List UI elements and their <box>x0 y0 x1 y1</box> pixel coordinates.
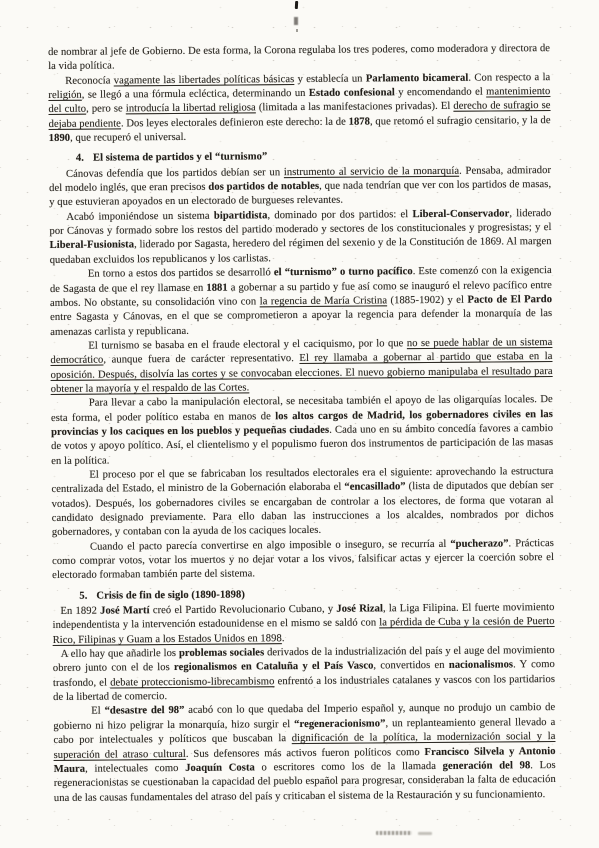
text-run: instrumento al servicio de la monarquía <box>284 165 459 177</box>
text-run: 1890 <box>49 133 70 144</box>
text-run: creó el Partido Revolucionario Cubano, y <box>150 604 337 616</box>
text-run: “encasillado” <box>344 481 405 492</box>
text-run: entre Sagasta y Cánovas, en el que se co… <box>50 308 552 337</box>
text-run: . <box>282 633 285 644</box>
text-run: José Rizal <box>336 603 383 614</box>
text-run: Reconocía <box>65 75 114 86</box>
text-run: El turnismo se basaba en el fraude elect… <box>88 338 407 352</box>
text-run: , que recuperó el universal. <box>70 132 186 144</box>
paragraph: En 1892 José Martí creó el Partido Revol… <box>52 601 554 648</box>
staple-mark <box>296 29 298 32</box>
text-run: la regencia de María Cristina <box>260 295 387 307</box>
text-run: (limitada a las manifestaciones privadas… <box>256 101 454 114</box>
text-run: dos partidos de notables <box>208 181 319 193</box>
text-run: , intelectuales como <box>85 763 185 775</box>
footer-smudge <box>418 832 432 835</box>
text-run: , que retomó el sufragio censitario, y l… <box>370 115 551 127</box>
text-run: . Sus defensores más activos fueron polí… <box>186 747 425 760</box>
text-run: . Con respecto a la <box>468 72 550 84</box>
text-run: José Martí <box>100 605 150 616</box>
document-text: de nombrar al jefe de Gobierno. De esta … <box>48 42 556 806</box>
paragraph: Cuando el pacto parecía convertirse en a… <box>52 537 554 584</box>
text-run: , convertidos en <box>373 660 449 672</box>
paragraph: de nombrar al jefe de Gobierno. De esta … <box>48 42 550 75</box>
text-run: (1885-1902) y el <box>387 295 467 307</box>
text-run: Liberal-Fusionista <box>50 240 135 252</box>
text-run: En 1892 <box>60 606 100 617</box>
text-run: Cuando el pacto parecía convertirse en a… <box>90 539 450 553</box>
staple-mark <box>294 17 298 25</box>
text-run: Pacto de El Pardo <box>467 294 552 306</box>
text-run: Parlamento bicameral <box>366 72 469 84</box>
text-run: regionalismos en Cataluña y el País Vasc… <box>174 661 373 674</box>
paragraph: En torno a estos dos partidos se desarro… <box>50 264 553 340</box>
footer-smudge <box>376 831 412 835</box>
text-run: 1878 <box>349 116 370 127</box>
text-run: El sistema de partidos y el “turnismo” <box>93 152 267 164</box>
text-run: 4. <box>76 153 84 164</box>
text-run: bipartidista <box>214 210 268 221</box>
paragraph: Reconocía vagamente las libertades polít… <box>48 71 551 147</box>
text-run: Liberal-Conservador <box>412 208 509 220</box>
text-run: 5. <box>79 590 87 601</box>
text-run: “regeneracionismo” <box>294 718 385 730</box>
text-run: En torno a estos dos partidos se desarro… <box>88 267 274 279</box>
paragraph: Acabó imponiéndose un sistema bipartidis… <box>49 207 551 268</box>
text-run: “desastre del 98” <box>105 705 185 717</box>
text-run: generación del 98 <box>443 760 531 772</box>
text-run: introducía la libertad religiosa <box>126 103 256 115</box>
text-run: vagamente las libertades políticas básic… <box>114 74 295 86</box>
text-run: “pucherazo” <box>450 538 508 549</box>
text-run: . Dos leyes electorales definieron este … <box>121 116 349 129</box>
text-run: religión <box>48 90 81 101</box>
text-run: o escritores como los de la llamada <box>255 761 443 773</box>
text-run: , se llegó a una fórmula ecléctica, dete… <box>82 88 309 101</box>
paragraph: A ello hay que añadirle los problemas so… <box>53 644 555 705</box>
text-run: de nombrar al jefe de Gobierno. De esta … <box>48 43 550 72</box>
text-run: Cánovas defendía que los partidos debían… <box>66 167 284 180</box>
text-run: , pero se <box>86 104 126 115</box>
text-run: Joaquín Costa <box>185 762 255 774</box>
staple-mark <box>295 1 298 9</box>
text-run: y establecía un <box>294 73 366 85</box>
paragraph: Cánovas defendía que los partidos debían… <box>49 164 551 211</box>
text-run: debate proteccionismo-librecambismo <box>110 676 274 688</box>
text-run: 1881 <box>206 282 227 293</box>
text-run: , aunque fuera de carácter representativ… <box>103 353 299 366</box>
text-run: y encomendando el <box>395 87 486 99</box>
paragraph: El proceso por el que se fabricaban los … <box>51 465 554 541</box>
text-run: , dominado por dos partidos: el <box>267 209 412 221</box>
text-run: Crisis de fin de siglo (1890-1898) <box>96 589 245 601</box>
text-run: nacionalismos <box>449 660 513 672</box>
paragraph: El turnismo se basaba en el fraude elect… <box>50 336 552 397</box>
paragraph: Para llevar a cabo la manipulación elect… <box>51 393 554 469</box>
paragraph: El “desastre del 98” acabó con lo que qu… <box>53 701 556 805</box>
scanned-page: de nombrar al jefe de Gobierno. De esta … <box>0 0 599 848</box>
text-run: El <box>91 706 104 717</box>
text-run: problemas sociales <box>179 647 264 659</box>
text-run: Estado confesional <box>309 87 395 99</box>
text-run: A ello hay que añadirle los <box>61 648 179 660</box>
text-run: el “turnismo” o turno pacífico <box>274 266 413 278</box>
text-run: Acabó imponiéndose un sistema <box>66 210 214 222</box>
